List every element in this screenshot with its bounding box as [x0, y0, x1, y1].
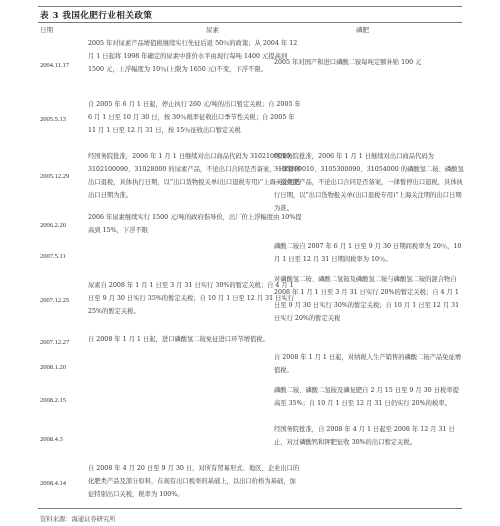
row-date: 2008.1.20: [40, 364, 66, 371]
row-date: 2005.12.29: [40, 173, 69, 180]
header-date: 日期: [40, 25, 53, 34]
row-urea-policy: 自 2008 年 4 月 20 日至 9 月 30 日，对所有贸易形式、地区、企…: [88, 462, 302, 501]
header-phosphate: 磷肥: [356, 25, 369, 34]
table-title: 表 3 我国化肥行业相关政策: [40, 9, 152, 21]
row-date: 2007.12.27: [40, 339, 69, 346]
row-phosphate-policy: 经国务院批准，2006 年 1 月 1 日继续对出口商品代码为 31053000…: [274, 150, 464, 215]
row-phosphate-policy: 磷酸二铵、磷酸二氢铵及磷复肥自 2 月 15 日至 9 月 30 日税率提高至 …: [274, 384, 464, 410]
row-date: 2004.11.17: [40, 62, 69, 69]
row-date: 2005.5.13: [40, 116, 66, 123]
row-urea-policy: 尿素自 2008 年 1 月 1 日至 3 月 31 日实行 30%的暂定关税；…: [88, 279, 302, 318]
row-date: 2008.4.3: [40, 436, 63, 443]
row-date: 2007.5.11: [40, 253, 66, 260]
title-rule: [38, 22, 462, 23]
row-phosphate-policy: 对磷酸氢二铵、磷酸二氢铵及磷酸氢二铵与磷酸氢二铵的混合物自 2008 年 1 月…: [274, 273, 464, 325]
bottom-rule: [38, 508, 462, 509]
row-urea-policy: 2006 年尿素继续实行 1500 元/吨的政府指导价，出厂价上浮幅度由 10%…: [88, 211, 302, 237]
row-phosphate-policy: 自 2008 年 1 月 1 日起，对纳税人生产销售的磷酸二铵产品免征增值税。: [274, 351, 464, 377]
source-note: 资料来源：海通证券研究所: [40, 514, 116, 523]
row-date: 2008.4.14: [40, 480, 66, 487]
row-phosphate-policy: 2005 年对国产和进口磷酸二铵每吨定额补贴 100 元: [274, 56, 464, 69]
row-phosphate-policy: 磷酸二铵自 2007 年 6 月 1 日至 9 月 30 日期间税率为 20％，…: [274, 240, 464, 266]
row-urea-policy: 自 2008 年 1 月 1 日起，进口磷酸氢二铵免征进口环节增值税。: [88, 333, 302, 346]
header-urea: 尿素: [206, 25, 219, 34]
row-date: 2007.12.25: [40, 297, 69, 304]
row-urea-policy: 自 2005 年 6 月 1 日起，停止执行 260 元/吨的出口暂定关税；自 …: [88, 98, 302, 137]
row-urea-policy: 2005 年对尿素产品增值税继续实行先征后返 50％的政策；从 2004 年 1…: [88, 37, 302, 76]
row-phosphate-policy: 经国务院批准，自 2008 年 4 月 1 日起至 2008 年 12 月 31…: [274, 423, 464, 449]
row-date: 2006.2.20: [40, 222, 66, 229]
row-date: 2008.2.15: [40, 397, 66, 404]
row-urea-policy: 经国务院批准，2006 年 1 月 1 日继续对出口商品代码为 31021000…: [88, 150, 302, 202]
top-rule: [38, 6, 462, 7]
